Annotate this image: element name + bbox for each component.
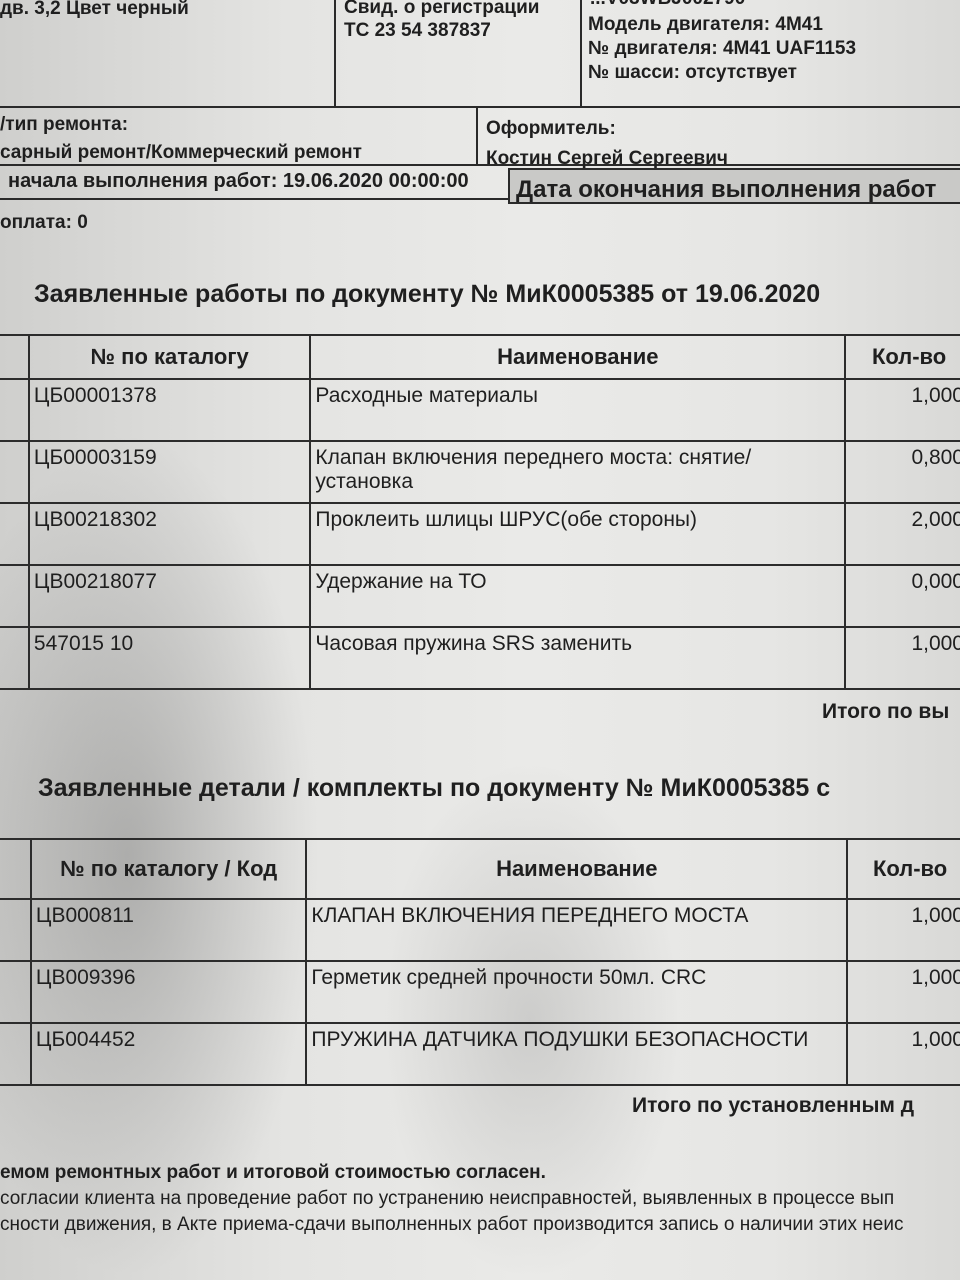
- col-qty: Кол-во: [847, 839, 960, 899]
- stub-cell: [0, 335, 29, 379]
- engine-color-line: дв. 3,2 Цвет черный: [0, 0, 189, 20]
- item-qty: 0,000: [845, 565, 960, 627]
- col-catalog-code: № по каталогу / Код: [31, 839, 306, 899]
- item-name: Герметик средней прочности 50мл. CRC: [306, 961, 847, 1023]
- engine-number: № двигателя: 4M41 UAF1153: [588, 38, 856, 60]
- works-total-label: Итого по вы: [822, 700, 949, 724]
- footer-line-2: согласии клиента на проведение работ по …: [0, 1188, 894, 1210]
- footer-line-1: емом ремонтных работ и итоговой стоимост…: [0, 1162, 546, 1184]
- col-catalog: № по каталогу: [29, 335, 311, 379]
- repair-type-value: сарный ремонт/Коммерческий ремонт: [0, 142, 362, 164]
- issuer-label: Оформитель:: [486, 118, 616, 140]
- divider: [0, 198, 508, 200]
- item-qty: 1,000: [847, 961, 960, 1023]
- col-qty: Кол-во: [845, 335, 960, 379]
- item-qty: 1,000: [847, 899, 960, 961]
- registration-label: Свид. о регистрации: [344, 0, 539, 19]
- table-row: ЦВ000811КЛАПАН ВКЛЮЧЕНИЯ ПЕРЕДНЕГО МОСТА…: [0, 899, 960, 961]
- item-name: Клапан включения переднего моста: снятие…: [310, 441, 845, 503]
- engine-model: Модель двигателя: 4M41: [588, 14, 823, 36]
- repair-type-label: /тип ремонта:: [0, 114, 128, 136]
- table-row: 547015 10Часовая пружина SRS заменить1,0…: [0, 627, 960, 689]
- table-row: ЦБ00003159Клапан включения переднего мос…: [0, 441, 960, 503]
- col-name: Наименование: [310, 335, 845, 379]
- parts-total-label: Итого по установленным д: [632, 1094, 914, 1118]
- divider: [476, 108, 478, 166]
- table-row: ЦВ00218302Проклеить шлицы ШРУС(обе сторо…: [0, 503, 960, 565]
- chassis-number: № шасси: отсутствует: [588, 62, 797, 84]
- parts-header-row: № по каталогу / Код Наименование Кол-во: [0, 839, 960, 899]
- catalog-code: ЦВ00218077: [29, 565, 311, 627]
- parts-table: № по каталогу / Код Наименование Кол-во …: [0, 838, 960, 1086]
- item-qty: 2,000: [845, 503, 960, 565]
- item-name: Часовая пружина SRS заменить: [310, 627, 845, 689]
- table-row: ЦВ009396Герметик средней прочности 50мл.…: [0, 961, 960, 1023]
- works-table: № по каталогу Наименование Кол-во ЦБ0000…: [0, 334, 960, 690]
- stub-cell: [0, 627, 29, 689]
- item-name: ПРУЖИНА ДАТЧИКА ПОДУШКИ БЕЗОПАСНОСТИ: [306, 1023, 847, 1085]
- works-header-row: № по каталогу Наименование Кол-во: [0, 335, 960, 379]
- item-qty: 1,000: [845, 379, 960, 441]
- divider: [0, 106, 960, 108]
- stub-cell: [0, 441, 29, 503]
- catalog-code: ЦБ004452: [31, 1023, 306, 1085]
- end-date-label: Дата окончания выполнения работ: [516, 176, 936, 204]
- divider: [580, 0, 582, 108]
- catalog-code: ЦВ009396: [31, 961, 306, 1023]
- stub-cell: [0, 839, 31, 899]
- registration-value: ТС 23 54 387837: [344, 20, 491, 42]
- catalog-code: ЦБ00003159: [29, 441, 311, 503]
- catalog-code: ЦВ00218302: [29, 503, 311, 565]
- item-qty: 1,000: [845, 627, 960, 689]
- item-name: Проклеить шлицы ШРУС(обе стороны): [310, 503, 845, 565]
- issuer-value: Костин Сергей Сергеевич: [486, 148, 728, 170]
- table-row: ЦВ00218077Удержание на ТО0,000: [0, 565, 960, 627]
- item-qty: 1,000: [847, 1023, 960, 1085]
- vin-fragment: ...V03WBJ002790: [590, 0, 745, 10]
- stub-cell: [0, 961, 31, 1023]
- footer-line-3: сности движения, в Акте приема-сдачи вып…: [0, 1214, 903, 1236]
- catalog-code: ЦБ00001378: [29, 379, 311, 441]
- catalog-code: ЦВ000811: [31, 899, 306, 961]
- col-name: Наименование: [306, 839, 847, 899]
- surcharge: оплата: 0: [0, 212, 88, 234]
- parts-section-title: Заявленные детали / комплекты по докумен…: [38, 774, 830, 803]
- item-qty: 0,800: [845, 441, 960, 503]
- stub-cell: [0, 899, 31, 961]
- stub-cell: [0, 1023, 31, 1085]
- stub-cell: [0, 379, 29, 441]
- catalog-code: 547015 10: [29, 627, 311, 689]
- divider: [0, 164, 960, 166]
- item-name: Удержание на ТО: [310, 565, 845, 627]
- item-name: Расходные материалы: [310, 379, 845, 441]
- table-row: ЦБ004452ПРУЖИНА ДАТЧИКА ПОДУШКИ БЕЗОПАСН…: [0, 1023, 960, 1085]
- table-row: ЦБ00001378Расходные материалы1,000: [0, 379, 960, 441]
- item-name: КЛАПАН ВКЛЮЧЕНИЯ ПЕРЕДНЕГО МОСТА: [306, 899, 847, 961]
- divider: [334, 0, 336, 108]
- stub-cell: [0, 503, 29, 565]
- start-date: начала выполнения работ: 19.06.2020 00:0…: [8, 170, 469, 192]
- stub-cell: [0, 565, 29, 627]
- works-section-title: Заявленные работы по документу № МиК0005…: [34, 280, 820, 309]
